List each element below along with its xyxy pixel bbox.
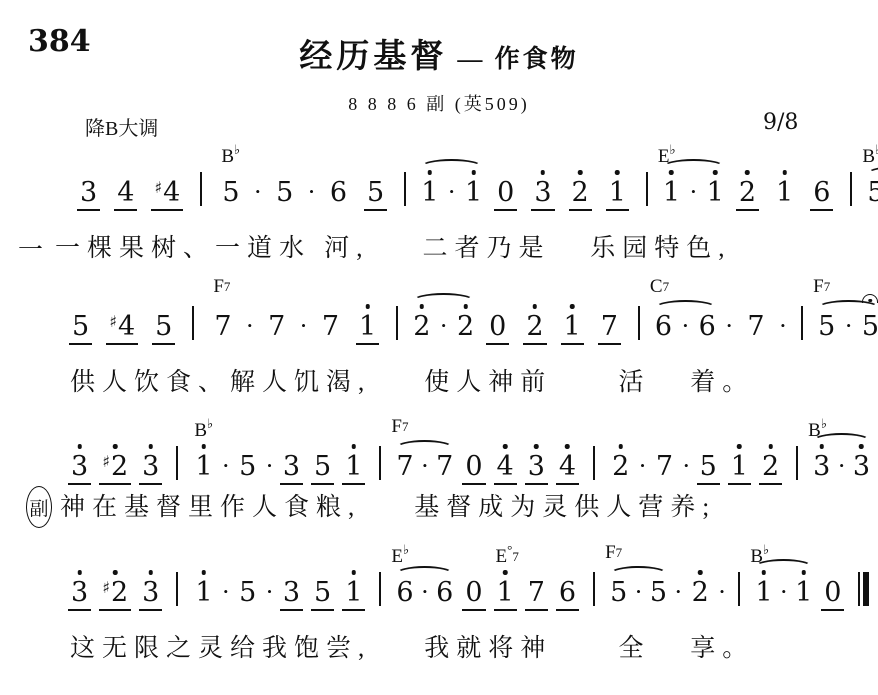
note: 4	[496, 453, 515, 480]
barline	[593, 446, 595, 480]
note: 1	[775, 179, 794, 206]
note: 3	[70, 579, 89, 606]
note: 3	[852, 453, 871, 480]
note: ♯2	[101, 579, 129, 606]
note: 7	[435, 453, 454, 480]
note: 5	[817, 313, 836, 340]
chord-symbol: E°7	[496, 543, 519, 566]
music-line-1: 34♯4B♭5•5•651•10321E♭1•1216B♭5•50	[70, 166, 878, 206]
sharp-accidental: ♯	[154, 178, 162, 197]
chord-symbol: B♭	[862, 143, 878, 166]
music-line-4: 3♯231•5•351E♭6•60E°7176F75•5•2•B♭1•10	[64, 566, 873, 606]
note: 6	[395, 579, 414, 606]
note: 2	[525, 313, 544, 340]
chord-symbol: B♭	[750, 543, 769, 566]
lyric-line-3: 神在基督里作人食粮, 基督成为灵供人营养;	[60, 487, 716, 523]
note: 3	[141, 453, 160, 480]
note: 4	[116, 179, 135, 206]
slur-group: F75•5	[605, 579, 672, 606]
title-row: 经历基督— 作食物	[0, 30, 878, 77]
sharp-accidental: ♯	[109, 312, 117, 331]
note: 5	[861, 313, 878, 340]
key-signature: 降B大调	[85, 112, 158, 141]
duration-dot: •	[720, 585, 725, 606]
duration-dot: •	[267, 459, 272, 480]
verse-number-mark: 一	[18, 230, 43, 266]
hymn-subtitle: — 作食物	[457, 46, 578, 73]
note: 3	[79, 179, 98, 206]
note: 5	[313, 579, 332, 606]
barline	[801, 306, 803, 340]
rest-note: 0	[496, 179, 515, 206]
note: 3	[533, 179, 552, 206]
chord-symbol: B♭	[194, 417, 213, 440]
note: 1	[754, 579, 773, 606]
note: 3	[812, 453, 831, 480]
duration-dot: •	[839, 459, 844, 480]
barline	[638, 306, 640, 340]
duration-dot: •	[301, 319, 306, 340]
note: 2	[571, 179, 590, 206]
chord-symbol: E♭	[658, 143, 676, 166]
note: 3	[527, 453, 546, 480]
note: 7	[746, 313, 765, 340]
note: 7	[600, 313, 619, 340]
chord-symbol: F7	[813, 277, 830, 296]
note: B♭1	[194, 453, 213, 480]
note: ♯4	[153, 179, 181, 206]
note: 6	[558, 579, 577, 606]
duration-dot: •	[423, 459, 428, 480]
note: 5	[71, 313, 90, 340]
note: 1	[662, 179, 681, 206]
duration-dot: •	[782, 585, 787, 606]
duration-dot: •	[423, 585, 428, 606]
duration-dot: •	[267, 585, 272, 606]
note: 1	[730, 453, 749, 480]
barline	[404, 172, 406, 206]
note: 6	[812, 179, 831, 206]
note: 1	[194, 579, 213, 606]
duration-dot: •	[224, 459, 229, 480]
barline	[176, 446, 178, 480]
note: 7	[655, 453, 674, 480]
duration-dot: •	[691, 185, 696, 206]
barline	[176, 572, 178, 606]
note: 6	[654, 313, 673, 340]
note: 3	[70, 453, 89, 480]
note: 3	[141, 579, 160, 606]
note: 5	[154, 313, 173, 340]
note: 6	[435, 579, 454, 606]
duration-dot: •	[684, 459, 689, 480]
duration-dot: •	[441, 319, 446, 340]
time-signature: 9/8	[763, 110, 798, 135]
rest-note: 0	[464, 579, 483, 606]
duration-dot: •	[846, 319, 851, 340]
barline	[850, 172, 852, 206]
barline	[738, 572, 740, 606]
rest-note: 0	[823, 579, 842, 606]
note: 7	[395, 453, 414, 480]
rest-note: 0	[464, 453, 483, 480]
music-line-2: 5♯45F77•7•712•20217C76•6•7•F75•50	[62, 300, 878, 340]
note: 4	[558, 453, 577, 480]
duration-dot: •	[224, 585, 229, 606]
slur-group: B♭3•3	[808, 453, 875, 480]
note: 5	[238, 453, 257, 480]
slur-group: 2•2	[408, 313, 479, 340]
note: 2	[412, 313, 431, 340]
note: B♭5	[221, 179, 240, 206]
note: 1	[344, 579, 363, 606]
duration-dot: •	[676, 585, 681, 606]
duration-dot: •	[248, 319, 253, 340]
duration-dot: •	[256, 185, 261, 206]
duration-dot: •	[727, 319, 732, 340]
chord-symbol: B♭	[221, 143, 240, 166]
note: 1	[464, 179, 483, 206]
note: 5	[366, 179, 385, 206]
note: 5	[866, 179, 878, 206]
chorus-mark: 副	[26, 486, 52, 528]
note: F77	[213, 313, 232, 340]
music-line-3: 3♯23B♭1•5•351F77•704342•7•512B♭3•30	[64, 440, 878, 480]
barline	[796, 446, 798, 480]
note: 7	[321, 313, 340, 340]
slur-group: B♭5•5	[862, 179, 878, 206]
chord-symbol: F7	[213, 277, 230, 296]
note: 5	[699, 453, 718, 480]
chord-symbol: F7	[605, 543, 622, 562]
note: 6	[698, 313, 717, 340]
chord-symbol: E♭	[391, 543, 409, 566]
barline	[646, 172, 648, 206]
note: 5	[275, 179, 294, 206]
note: 2	[611, 453, 630, 480]
barline	[192, 306, 194, 340]
hymn-sheet: 384 经历基督— 作食物 8 8 8 6 副 (英509) 降B大调 9/8 …	[0, 0, 878, 695]
barline	[379, 446, 381, 480]
barline	[593, 572, 595, 606]
rest-note: 0	[488, 313, 507, 340]
slur-group: E♭6•6	[391, 579, 458, 606]
duration-dot: •	[781, 319, 786, 340]
sharp-accidental: ♯	[102, 452, 110, 471]
note: 1	[794, 579, 813, 606]
chord-symbol: B♭	[808, 417, 827, 440]
slur-group: 1•1	[416, 179, 487, 206]
slur-group: C76•6	[650, 313, 721, 340]
lyric-line-1: 一棵果树、一道水 河, 二者乃是 乐园特色,	[55, 228, 732, 264]
note: 1	[563, 313, 582, 340]
final-barline	[858, 572, 869, 606]
note: 5	[649, 579, 668, 606]
duration-dot: •	[683, 319, 688, 340]
lyric-line-2: 供人饮食、解人饥渴, 使人神前 活 着。	[70, 362, 754, 398]
duration-dot: •	[309, 185, 314, 206]
note: 2	[738, 179, 757, 206]
note: E°71	[496, 579, 515, 606]
note: ♯2	[101, 453, 129, 480]
note: 7	[267, 313, 286, 340]
note: 2	[761, 453, 780, 480]
barline	[200, 172, 202, 206]
note: 5	[238, 579, 257, 606]
chord-symbol: F7	[391, 417, 408, 436]
note: ♯4	[108, 313, 136, 340]
duration-dot: •	[636, 585, 641, 606]
note: 5	[609, 579, 628, 606]
sharp-accidental: ♯	[102, 578, 110, 597]
note: 1	[608, 179, 627, 206]
slur-group: B♭1•1	[750, 579, 817, 606]
note: 1	[706, 179, 725, 206]
note: 5	[313, 453, 332, 480]
duration-dot: •	[449, 185, 454, 206]
note: 3	[282, 579, 301, 606]
slur-group: E♭1•1	[658, 179, 729, 206]
slur-group: F77•7	[391, 453, 458, 480]
barline	[396, 306, 398, 340]
note: 2	[691, 579, 710, 606]
note: 1	[344, 453, 363, 480]
note: 3	[282, 453, 301, 480]
duration-dot: •	[640, 459, 645, 480]
note: 6	[329, 179, 348, 206]
fermata-mark	[862, 294, 878, 303]
lyric-line-4: 这无限之灵给我饱尝, 我就将神 全 享。	[70, 628, 754, 664]
note: 1	[358, 313, 377, 340]
barline	[379, 572, 381, 606]
slur-group: F75•5	[813, 313, 878, 340]
chord-symbol: C7	[650, 277, 669, 296]
note: 7	[527, 579, 546, 606]
note: 1	[420, 179, 439, 206]
note: 2	[456, 313, 475, 340]
hymn-title: 经历基督	[299, 39, 447, 75]
